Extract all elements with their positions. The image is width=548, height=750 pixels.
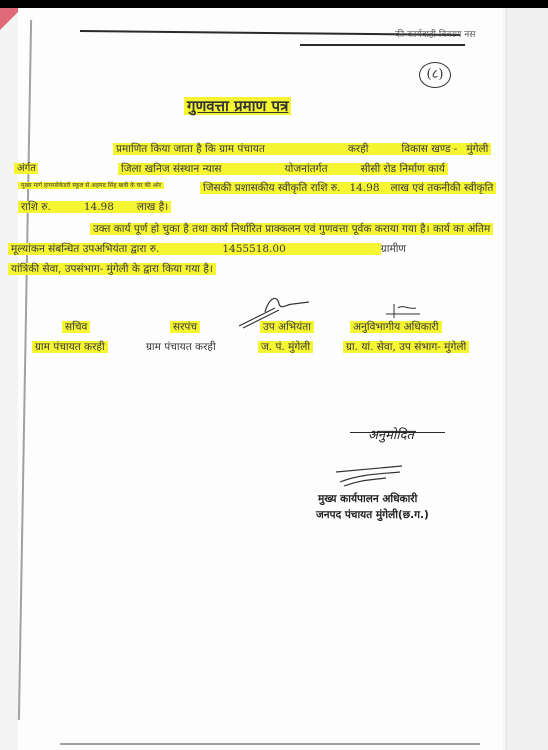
tech-sanction-amount: 14.98 xyxy=(81,201,134,213)
signatory-sub-engineer-title: उप अभियंता xyxy=(260,320,314,334)
ceo-designation: मुख्य कार्यपालन अधिकारी xyxy=(318,492,417,506)
title-text: सचिव xyxy=(62,321,90,333)
signatory-secretary-office: ग्राम पंचायत करही xyxy=(32,340,108,354)
page-number: (८) xyxy=(419,62,451,88)
signatory-sub-engineer-office: ज. पं. मुंगेली xyxy=(258,340,313,354)
signatory-sdo-office: ग्रा. यां. सेवा, उप संभाग- मुंगेली xyxy=(343,340,469,354)
block-name: मुंगेली xyxy=(463,143,491,155)
admin-sanction-amount: 14.98 xyxy=(346,182,387,194)
lakh-text: लाख है। xyxy=(134,201,171,213)
scheme-label: योजनांतर्गत xyxy=(282,163,358,175)
para1-line3-location: मुख्य मार्ग हायरसेकेंडरी स्कूल से अहमद स… xyxy=(18,181,164,189)
document-title: गुणवत्ता प्रमाण पत्र xyxy=(184,96,291,116)
top-black-bar xyxy=(0,0,548,8)
para1-line3: जिसकी प्रशासकीय स्वीकृति राशि रु.14.98ला… xyxy=(200,181,496,195)
title-text: अनुविभागीय अधिकारी xyxy=(350,321,442,333)
title-text: सरपंच xyxy=(170,321,200,333)
tech-sanction-label: लाख एवं तकनीकी स्वीकृति xyxy=(388,182,497,194)
tech-amount-label: राशि रु. xyxy=(18,201,81,213)
para1-line2: अंर्गत xyxy=(14,160,38,174)
sdo-signature xyxy=(380,300,430,322)
margin-text: अंर्गत xyxy=(14,163,38,174)
header-underline xyxy=(300,44,465,46)
para2-line1: उक्त कार्य पूर्ण हो चुका है तथा कार्य नि… xyxy=(90,222,493,236)
scheme-name: जिला खनिज संस्थान न्यास xyxy=(118,163,282,175)
page-bottom-edge xyxy=(60,743,480,745)
signatory-sdo-title: अनुविभागीय अधिकारी xyxy=(350,320,442,334)
para1-line4: राशि रु.14.98लाख है। xyxy=(18,200,171,214)
ceo-signature xyxy=(330,460,410,490)
certify-text: प्रमाणित किया जाता है कि ग्राम पंचायत xyxy=(113,143,345,155)
valuation-text: मूल्यांकन संबन्धित उपअभियंता द्वारा रु. xyxy=(8,243,219,255)
rural-text: ग्रामीण xyxy=(381,243,406,255)
signatory-sarpanch-title: सरपंच xyxy=(170,320,200,334)
signatory-secretary-title: सचिव xyxy=(62,320,90,334)
block-label: विकास खण्ड - xyxy=(398,143,463,155)
subdivision-text: यांत्रिकी सेवा, उपसंभाग- मुंगेली के द्वा… xyxy=(8,263,216,275)
title-text: उप अभियंता xyxy=(260,321,314,333)
village-name: करही xyxy=(345,143,399,155)
ceo-office: जनपद पंचायत मुंगेली(छ.ग.) xyxy=(316,508,429,522)
work-name: सीसी रोड निर्माण कार्य xyxy=(358,163,448,175)
para1-line2-main: जिला खनिज संस्थान न्यासयोजनांतर्गतसीसी र… xyxy=(118,162,448,176)
office-text: ग्राम पंचायत करही xyxy=(146,341,216,353)
work-location: मुख्य मार्ग हायरसेकेंडरी स्कूल से अहमद स… xyxy=(18,182,164,189)
running-head: की कार्यवाही विवरण नस xyxy=(395,27,475,40)
admin-sanction-label: जिसकी प्रशासकीय स्वीकृति राशि रु. xyxy=(200,182,346,194)
approved-handwriting: अनुमोदित xyxy=(368,425,414,443)
page-edge xyxy=(506,8,548,750)
valuation-amount: 1455518.00 xyxy=(219,243,380,255)
completion-statement: उक्त कार्य पूर्ण हो चुका है तथा कार्य नि… xyxy=(90,223,493,235)
signatory-sarpanch-office: ग्राम पंचायत करही xyxy=(146,340,216,354)
para1-line1: प्रमाणित किया जाता है कि ग्राम पंचायतकरह… xyxy=(113,142,491,156)
document-page xyxy=(18,8,503,750)
para2-line2: मूल्यांकन संबन्धित उपअभियंता द्वारा रु.1… xyxy=(8,242,406,256)
title-text: गुणवत्ता प्रमाण पत्र xyxy=(184,97,291,115)
office-text: ज. पं. मुंगेली xyxy=(258,341,313,353)
office-text: ग्रा. यां. सेवा, उप संभाग- मुंगेली xyxy=(343,341,469,353)
office-text: ग्राम पंचायत करही xyxy=(32,341,108,353)
para2-line3: यांत्रिकी सेवा, उपसंभाग- मुंगेली के द्वा… xyxy=(8,262,216,276)
